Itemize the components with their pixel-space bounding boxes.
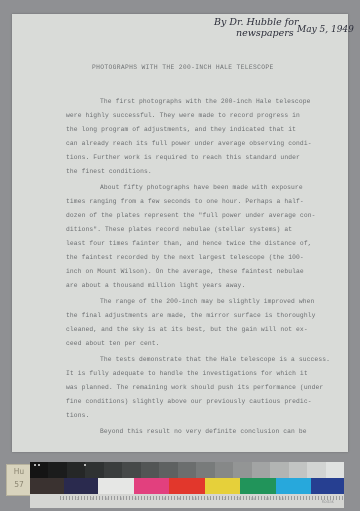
gray-patch (270, 462, 288, 478)
ruler-brand: Kodak (322, 499, 334, 504)
scale-ruler: Kodak 12345678910111213141516 (30, 494, 344, 508)
document-line: were highly successful. They were made t… (66, 112, 300, 119)
grayscale-strip (30, 462, 344, 478)
gray-patch (85, 462, 103, 478)
gray-patch (122, 462, 140, 478)
ruler-mark: 14 (251, 497, 255, 501)
ruler-mark: 13 (236, 497, 240, 501)
document-line: the finest conditions. (66, 168, 152, 175)
document-line: About fifty photographs have been made w… (100, 184, 303, 191)
document-line: least four times fainter than, and hence… (66, 240, 312, 247)
gray-patch (196, 462, 214, 478)
gray-patch (215, 462, 233, 478)
color-patch-yellow (205, 478, 240, 494)
gray-patch (289, 462, 307, 478)
color-patch-navy (64, 478, 98, 494)
document-line: cleaned, and the sky is at its best, but… (66, 326, 308, 333)
archive-label: Hu 57 (6, 464, 32, 496)
gray-patch (159, 462, 177, 478)
document-line: the faintest recorded by the next larges… (66, 254, 304, 261)
gray-patch (307, 462, 325, 478)
registration-dot (34, 464, 36, 466)
gray-patch (252, 462, 270, 478)
document-line: the long program of adjustments, and the… (66, 126, 296, 133)
color-patch-green (240, 478, 276, 494)
gray-patch (326, 462, 344, 478)
ruler-mark: 15 (265, 497, 269, 501)
ruler-mark: 4 (106, 497, 108, 501)
color-patch-cyan (276, 478, 311, 494)
registration-dot (84, 464, 86, 466)
ruler-mark: 12 (222, 497, 226, 501)
gray-patch (233, 462, 251, 478)
color-patch-blue (311, 478, 344, 494)
document-line: The range of the 200-inch may be slightl… (100, 298, 314, 305)
color-patch-red (169, 478, 205, 494)
color-patch-white (98, 478, 134, 494)
gray-patch (104, 462, 122, 478)
document-line: inch on Mount Wilson). On the average, t… (66, 268, 304, 275)
ruler-mark: 1 (62, 497, 64, 501)
color-patch-brown (30, 478, 64, 494)
gray-patch (178, 462, 196, 478)
document-line: Beyond this result no very definite conc… (100, 428, 307, 435)
color-patch-strip (30, 478, 344, 494)
registration-dot (38, 464, 40, 466)
gray-patch (67, 462, 85, 478)
ruler-mark: 9 (178, 497, 180, 501)
ruler-mark: 10 (193, 497, 197, 501)
gray-patch (48, 462, 66, 478)
document-line: The tests demonstrate that the Hale tele… (100, 356, 330, 363)
document-line: tions. Further work is required to reach… (66, 154, 300, 161)
document-line: times ranging from a few seconds to one … (66, 198, 304, 205)
ruler-mark: 2 (77, 497, 79, 501)
document-title: PHOTOGRAPHS WITH THE 200-INCH HALE TELES… (92, 64, 274, 71)
document-line: ceed about ten per cent. (66, 340, 160, 347)
document-line: was planned. The remaining work should p… (66, 384, 323, 391)
document-line: tions. (66, 412, 89, 419)
ruler-mark: 6 (135, 497, 137, 501)
ruler-mark: 8 (164, 497, 166, 501)
document-line: It is fully adequate to handle the inves… (66, 370, 308, 377)
handwritten-date: May 5, 1949 (297, 25, 354, 36)
archive-label-line2: 57 (7, 478, 31, 491)
ruler-mark: 3 (91, 497, 93, 501)
color-calibration-target: Kodak 12345678910111213141516 (30, 462, 344, 509)
document-line: the final adjustments are made, the mirr… (66, 312, 316, 319)
document-line: ditions". These plates record nebulae (s… (66, 226, 292, 233)
document-line: are about a thousand million light years… (66, 282, 245, 289)
handwritten-note-purpose: newspapers (236, 28, 294, 39)
ruler-mark: 5 (120, 497, 122, 501)
ruler-mark: 11 (207, 497, 211, 501)
gray-patch (141, 462, 159, 478)
document-line: fine conditions) slightly above our prev… (66, 398, 312, 405)
document-line: The first photographs with the 200-inch … (100, 98, 311, 105)
document-line: can already reach its full power under a… (66, 140, 312, 147)
ruler-mark: 16 (280, 497, 284, 501)
color-patch-magenta (134, 478, 169, 494)
ruler-mark: 7 (149, 497, 151, 501)
handwritten-note-author: By Dr. Hubble for (214, 17, 299, 28)
archive-label-line1: Hu (7, 465, 31, 478)
document-line: dozen of the plates represent the "full … (66, 212, 316, 219)
